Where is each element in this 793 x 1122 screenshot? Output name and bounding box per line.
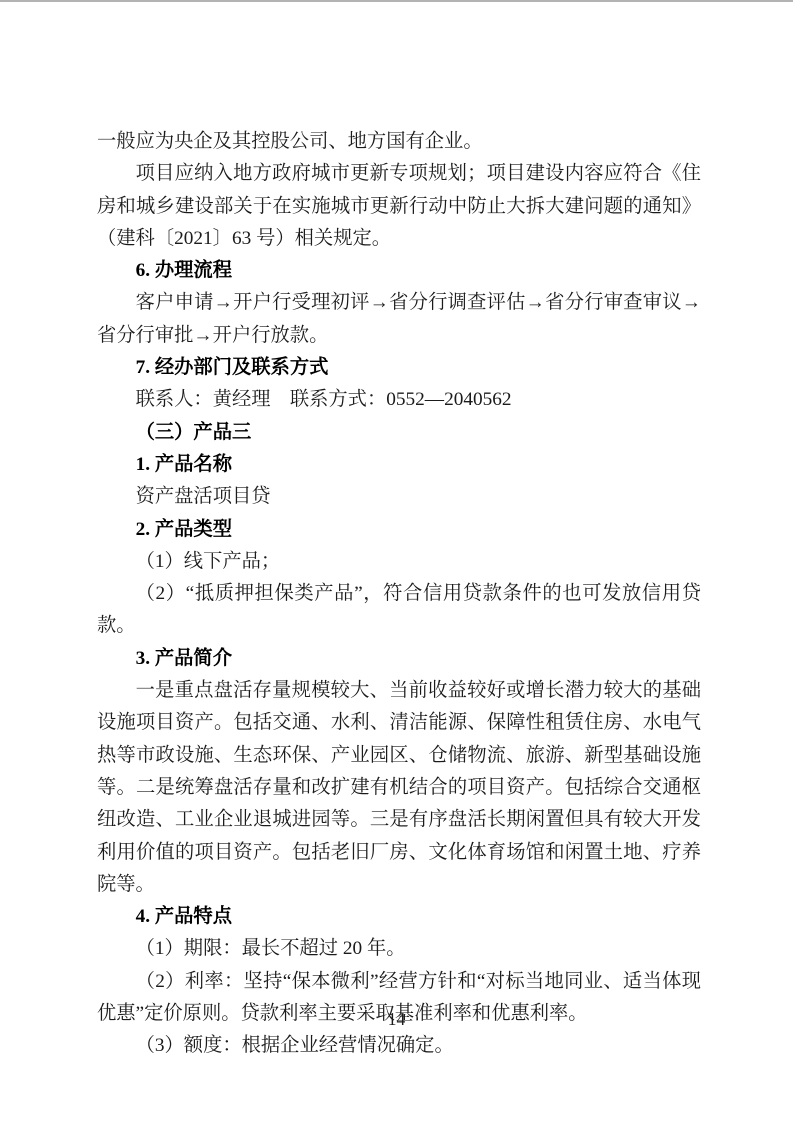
heading-contact: 7. 经办部门及联系方式	[97, 352, 701, 384]
paragraph-type-1: （1）线下产品；	[97, 546, 701, 578]
heading-process: 6. 办理流程	[97, 255, 701, 287]
heading-product-three: （三）产品三	[97, 417, 701, 449]
heading-product-intro: 3. 产品简介	[97, 643, 701, 675]
document-page: 一般应为央企及其控股公司、地方国有企业。项目应纳入地方政府城市更新专项规划；项目…	[0, 0, 793, 1122]
paragraph-continuation: 一般应为央企及其控股公司、地方国有企业。	[97, 126, 701, 158]
paragraph-type-2: （2）“抵质押担保类产品”，符合信用贷款条件的也可发放信用贷款。	[97, 578, 701, 643]
heading-product-features: 4. 产品特点	[97, 901, 701, 933]
heading-product-name: 1. 产品名称	[97, 449, 701, 481]
page-footer: 14	[0, 1009, 793, 1029]
paragraph-feature-amount: （3）额度：根据企业经营情况确定。	[97, 1030, 701, 1062]
paragraph-product-name: 资产盘活项目贷	[97, 481, 701, 513]
paragraph-feature-term: （1）期限：最长不超过 20 年。	[97, 933, 701, 965]
paragraph-project-planning: 项目应纳入地方政府城市更新专项规划；项目建设内容应符合《住房和城乡建设部关于在实…	[97, 158, 701, 255]
paragraph-process-flow: 客户申请→开户行受理初评→省分行调查评估→省分行审查审议→省分行审批→开户行放款…	[97, 287, 701, 352]
page-number: 14	[388, 1009, 406, 1029]
paragraph-product-intro: 一是重点盘活存量规模较大、当前收益较好或增长潜力较大的基础设施项目资产。包括交通…	[97, 675, 701, 901]
page-top-border	[0, 0, 793, 2]
heading-product-type: 2. 产品类型	[97, 514, 701, 546]
paragraph-contact-info: 联系人：黄经理 联系方式：0552—2040562	[97, 384, 701, 416]
document-body: 一般应为央企及其控股公司、地方国有企业。项目应纳入地方政府城市更新专项规划；项目…	[97, 126, 701, 1063]
